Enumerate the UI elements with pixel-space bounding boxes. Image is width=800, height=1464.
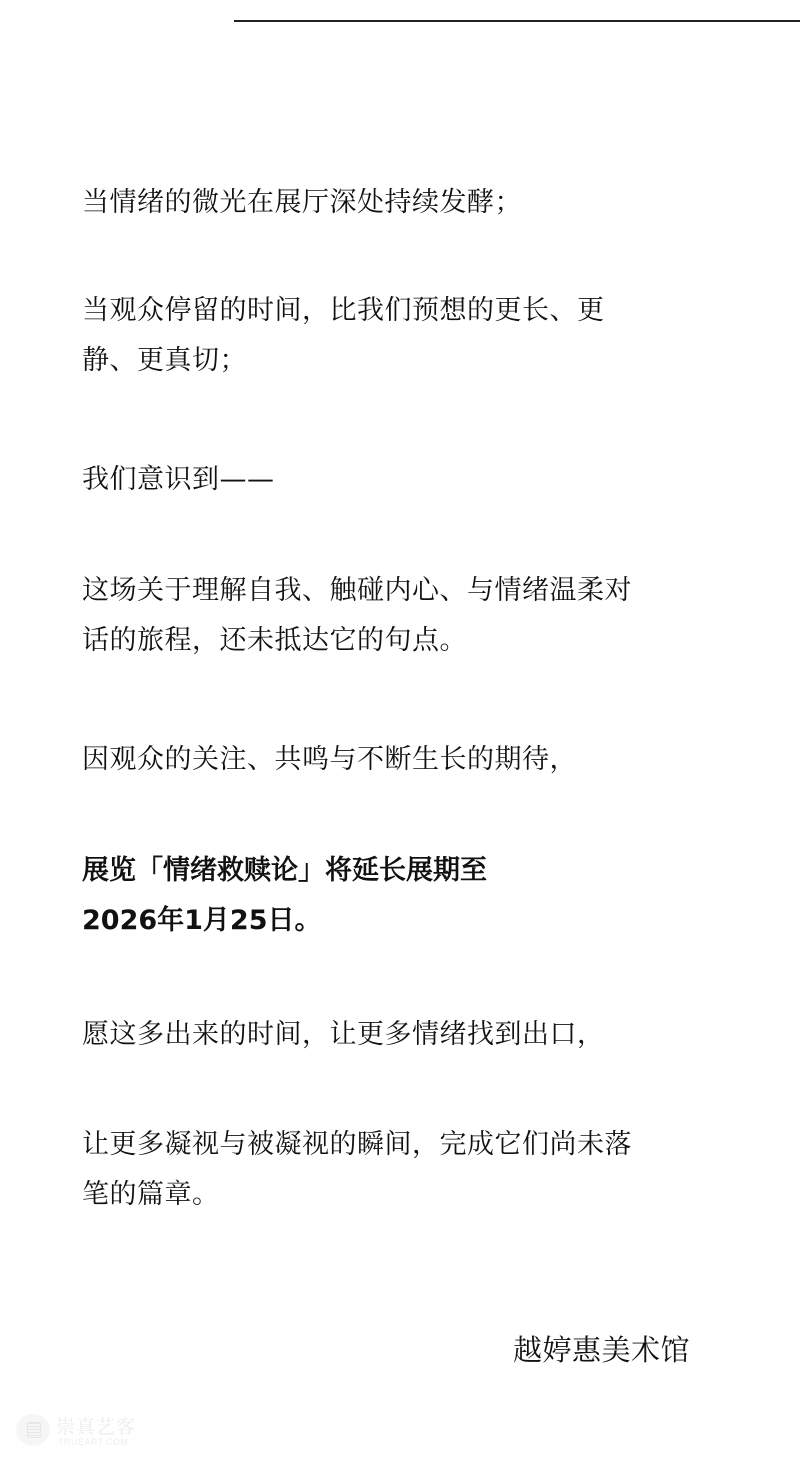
extension-announcement: 展览「情绪救赎论」将延长展期至 2026年1月25日。 [82, 846, 702, 946]
paragraph-4: 这场关于理解自我、触碰内心、与情绪温柔对 话的旅程，还未抵达它的句点。 [82, 566, 702, 666]
paragraph-line: 这场关于理解自我、触碰内心、与情绪温柔对 [82, 566, 702, 616]
paragraph-2: 当观众停留的时间，比我们预想的更长、更 静、更真切； [82, 286, 702, 386]
watermark-title: 崇真艺客 [56, 1412, 136, 1439]
paragraph-line: 展览「情绪救赎论」将延长展期至 [82, 846, 702, 896]
paragraph-line: 我们意识到—— [82, 455, 702, 505]
paragraph-line: 让更多凝视与被凝视的瞬间，完成它们尚未落 [82, 1120, 702, 1170]
chat-bubble-document-icon [16, 1414, 50, 1446]
paragraph-line: 笔的篇章。 [82, 1170, 702, 1220]
top-divider [234, 20, 800, 22]
paragraph-line: 2026年1月25日。 [82, 896, 702, 946]
watermark-subtitle: TRUEART.COM [58, 1437, 128, 1447]
signature: 越婷惠美术馆 [513, 1328, 690, 1372]
paragraph-7: 愿这多出来的时间，让更多情绪找到出口， [82, 1010, 702, 1060]
paragraph-3: 我们意识到—— [82, 455, 702, 505]
paragraph-8: 让更多凝视与被凝视的瞬间，完成它们尚未落 笔的篇章。 [82, 1120, 702, 1220]
paragraph-line: 当观众停留的时间，比我们预想的更长、更 [82, 286, 702, 336]
paragraph-5: 因观众的关注、共鸣与不断生长的期待， [82, 735, 702, 785]
paragraph-line: 当情绪的微光在展厅深处持续发酵； [82, 178, 702, 228]
paragraph-line: 静、更真切； [82, 336, 702, 386]
paragraph-line: 因观众的关注、共鸣与不断生长的期待， [82, 735, 702, 785]
paragraph-line: 愿这多出来的时间，让更多情绪找到出口， [82, 1010, 702, 1060]
paragraph-1: 当情绪的微光在展厅深处持续发酵； [82, 178, 702, 228]
watermark: 崇真艺客 TRUEART.COM [12, 1410, 152, 1454]
paragraph-line: 话的旅程，还未抵达它的句点。 [82, 616, 702, 666]
